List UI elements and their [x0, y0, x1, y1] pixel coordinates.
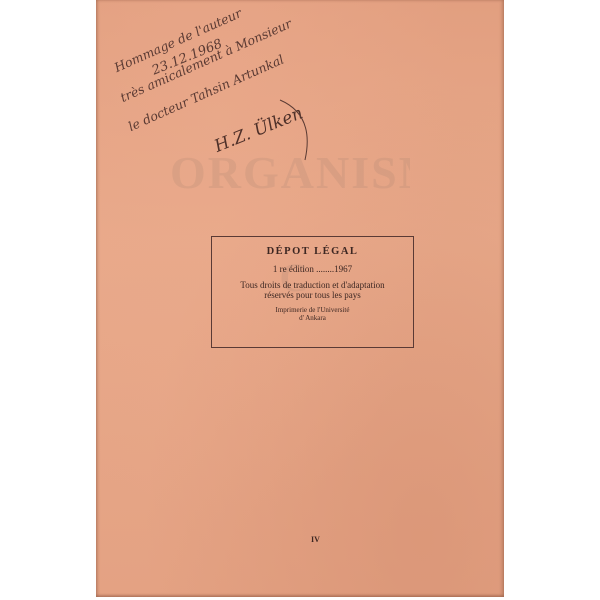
- edition-line: 1 re édition ........1967: [212, 264, 413, 274]
- printer-line-1: Imprimerie de l'Université: [212, 306, 413, 314]
- printer-line-2: d' Ankara: [212, 314, 413, 322]
- signature-flourish: [270, 90, 330, 170]
- legal-title: DÉPOT LÉGAL: [212, 246, 413, 257]
- legal-deposit-box: DÉPOT LÉGAL 1 re édition ........1967 To…: [211, 236, 414, 348]
- page-number: IV: [311, 535, 320, 544]
- rights-statement: Tous droits de traduction et d'adaptatio…: [212, 280, 413, 300]
